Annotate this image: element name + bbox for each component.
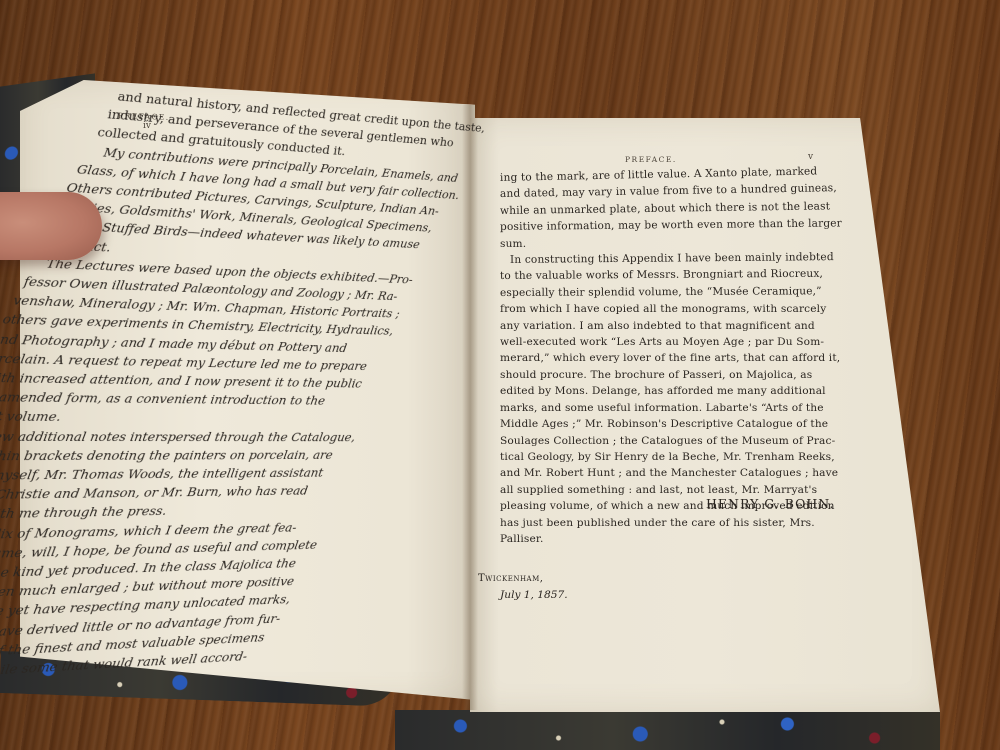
thumb-holding-page [0, 192, 102, 260]
right-running-head: PREFACE. [625, 155, 677, 164]
paragraph: ing to the mark, are of little value. A … [500, 170, 830, 252]
book-gutter [462, 105, 478, 710]
text-line: and Mr. Robert Hunt ; and the Manchester… [500, 465, 830, 481]
text-line: Soulages Collection ; the Catalogues of … [500, 433, 830, 449]
date-line: July 1, 1857. [500, 589, 568, 601]
text-line: The few additional notes interspersed th… [0, 427, 412, 447]
right-folio: v [808, 152, 813, 162]
text-line: marks, and some useful information. Laba… [500, 400, 830, 416]
paragraph: The Lectures were based upon the objects… [0, 250, 436, 429]
marbled-cover-edge-bottom-right [395, 710, 940, 750]
author-signature: HENRY G. BOHN. [706, 496, 834, 511]
text-line: should procure. The brochure of Passeri,… [500, 367, 830, 383]
paragraph: The few additional notes interspersed th… [0, 427, 412, 526]
text-line: merard,” which every lover of the fine a… [500, 350, 830, 366]
text-line: edited by Mons. Delange, has afforded me… [500, 383, 830, 399]
text-line: has just been published under the care o… [500, 515, 830, 531]
text-line: any variation. I am also indebted to tha… [500, 318, 830, 334]
text-line: tical Geology, by Sir Henry de la Beche,… [500, 449, 830, 465]
text-line: Palliser. [500, 531, 830, 547]
text-line: especially their splendid volume, the “M… [500, 283, 830, 301]
text-line: positive information, may be worth even … [500, 216, 830, 236]
right-page-body: ing to the mark, are of little value. A … [500, 170, 830, 547]
text-line: well-executed work “Les Arts au Moyen Ag… [500, 334, 830, 350]
text-line: from which I have copied all the monogra… [500, 301, 830, 317]
place-line: Twickenham, [478, 573, 543, 584]
text-line: present volume. [0, 407, 415, 429]
text-line: Middle Ages ;” Mr. Robinson's Descriptiv… [500, 416, 830, 432]
text-line: to the valuable works of Messrs. Brongni… [500, 266, 830, 285]
